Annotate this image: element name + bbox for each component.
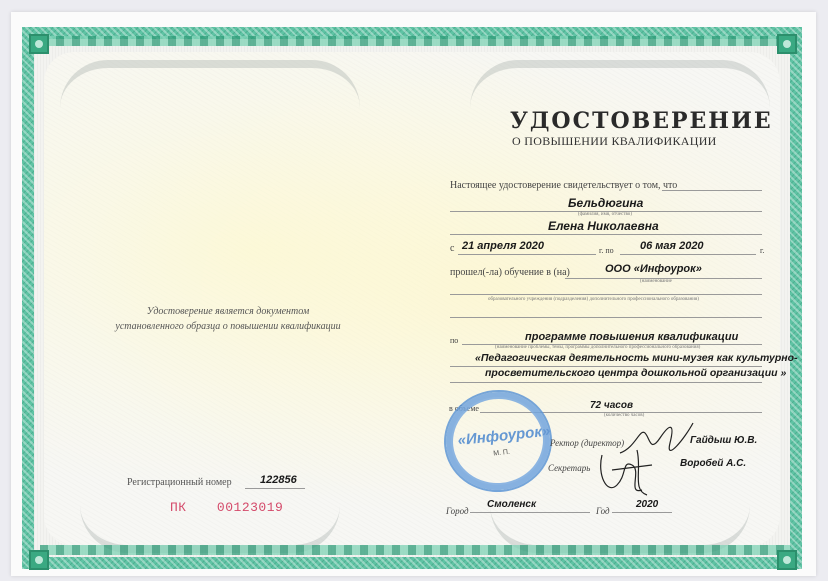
left-note: Удостоверение является документом устано… — [98, 304, 358, 334]
series-code: ПК — [170, 500, 187, 515]
program-type: программе повышения квалификации — [525, 331, 738, 343]
city: Смоленск — [487, 499, 536, 510]
secretary-label: Секретарь — [548, 463, 590, 473]
volume: 72 часов — [590, 400, 633, 411]
date-to: 06 мая 2020 — [640, 240, 704, 252]
guilloche-ornament — [60, 60, 360, 108]
registration-number: 122856 — [260, 474, 297, 486]
registration-line — [245, 488, 305, 489]
stamp-mp: М. П. — [493, 449, 510, 458]
organization-caption: (наименование — [640, 279, 672, 284]
given-names: Елена Николаевна — [548, 219, 659, 233]
guilloche-ornament — [470, 60, 770, 108]
corner-ornament-icon — [777, 550, 797, 570]
registration-label: Регистрационный номер — [127, 477, 232, 488]
secretary-name: Воробей А.С. — [680, 458, 746, 469]
date-to-suffix: г. — [760, 246, 764, 255]
field-line — [662, 190, 762, 191]
year-label: Год — [596, 506, 610, 516]
year: 2020 — [636, 499, 658, 510]
left-note-line-2: установленного образца о повышении квали… — [98, 319, 358, 334]
program-prefix: по — [450, 336, 458, 345]
organization: ООО «Инфоурок» — [605, 263, 702, 275]
certificate-subtitle: О ПОВЫШЕНИИ КВАЛИФИКАЦИИ — [512, 134, 717, 149]
corner-ornament-icon — [29, 34, 49, 54]
field-line — [450, 294, 762, 295]
program-caption: (наименование проблемы, темы, программы … — [495, 345, 700, 350]
corner-ornament-icon — [29, 550, 49, 570]
field-line — [450, 317, 762, 318]
program-name-line-2: просветительского центра дошкольной орга… — [485, 367, 786, 379]
study-label: прошел(-ла) обучение в (на) — [450, 267, 570, 278]
surname: Бельдюгина — [568, 196, 643, 210]
organization-caption-2: образовательного учреждения (подразделен… — [488, 297, 699, 302]
secretary-signature-icon — [592, 445, 662, 500]
field-line — [612, 512, 672, 513]
field-line — [458, 254, 596, 255]
city-label: Город — [446, 506, 469, 516]
surname-caption: (фамилия, имя, отчество) — [578, 212, 632, 217]
border-wave — [40, 545, 790, 555]
certificate-title: УДОСТОВЕРЕНИЕ — [510, 108, 773, 134]
series-number: ПК 00123019 — [170, 500, 305, 515]
date-from-prefix: с — [450, 243, 454, 254]
border-wave — [40, 36, 790, 46]
date-from-suffix: г. по — [599, 246, 614, 255]
blank-number: 00123019 — [217, 500, 283, 515]
stamp-text: «Инфоурок» — [457, 423, 551, 450]
date-from: 21 апреля 2020 — [462, 240, 544, 252]
field-line — [450, 234, 762, 235]
rector-name: Гайдыш Ю.В. — [690, 435, 757, 446]
field-line — [470, 512, 590, 513]
corner-ornament-icon — [777, 34, 797, 54]
field-line — [450, 382, 762, 383]
field-line — [620, 254, 756, 255]
program-name-line-1: «Педагогическая деятельность мини-музея … — [475, 352, 798, 364]
intro-text: Настоящее удостоверение свидетельствует … — [450, 180, 677, 191]
left-note-line-1: Удостоверение является документом — [98, 304, 358, 319]
